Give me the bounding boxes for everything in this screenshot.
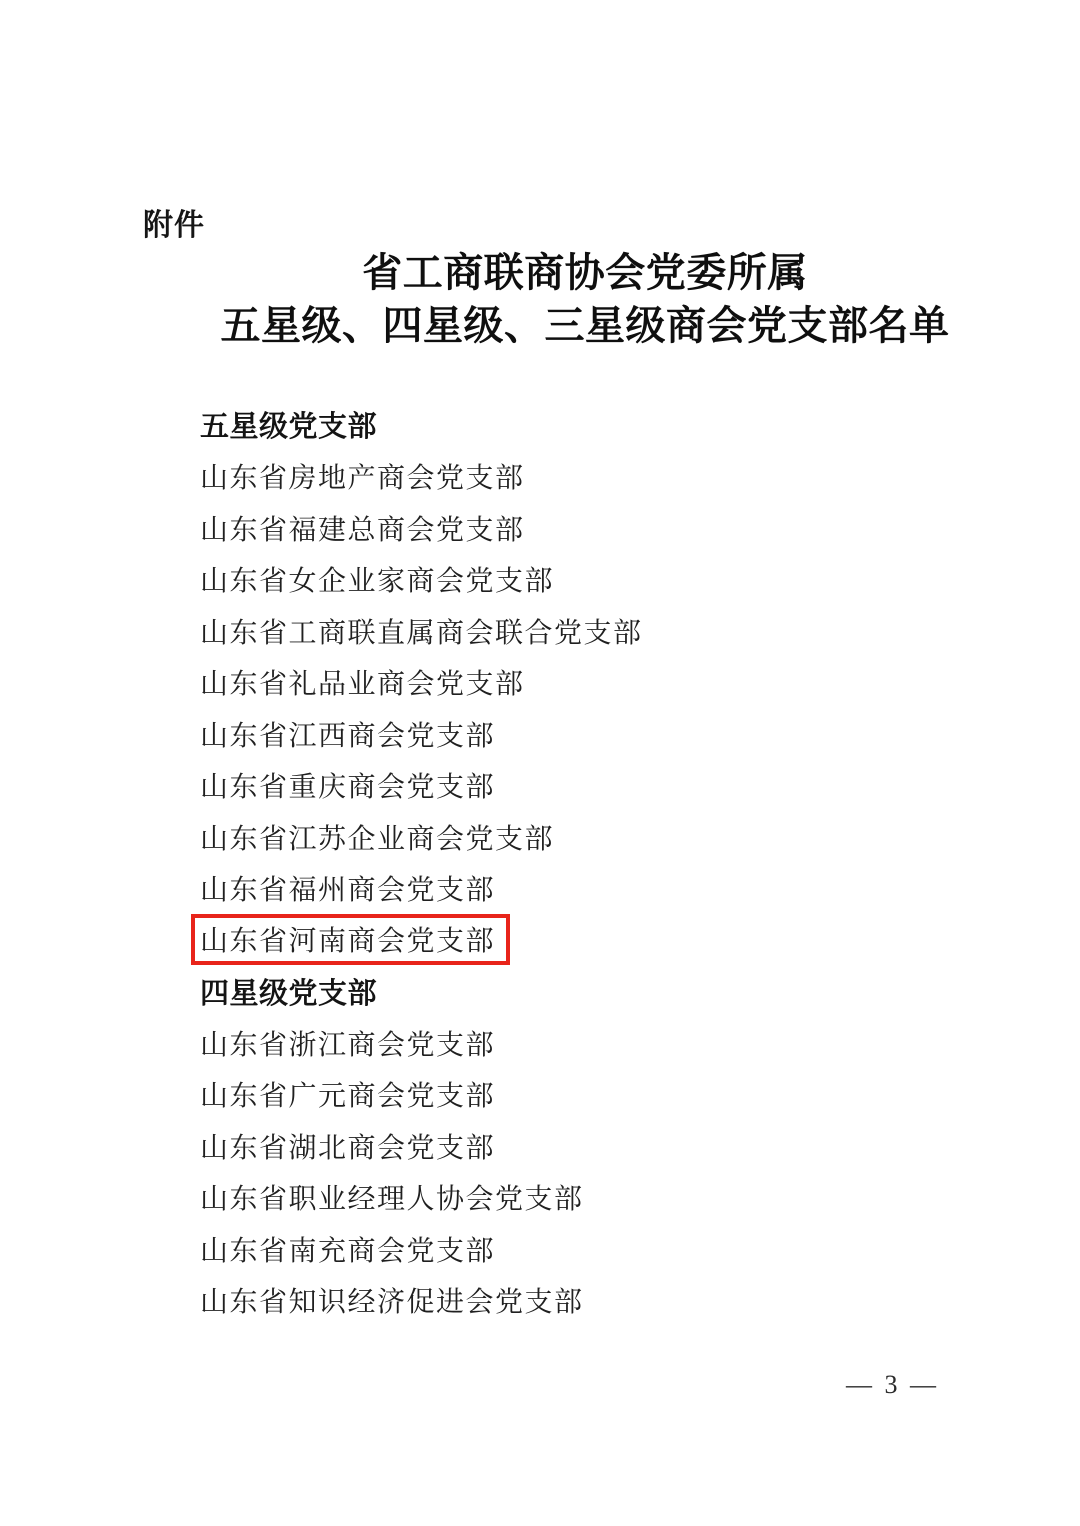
branch-list: 五星级党支部 山东省房地产商会党支部 山东省福建总商会党支部 山东省女企业家商会… (200, 399, 1040, 1326)
list-item-text: 山东省工商联直属商会联合党支部 (200, 611, 643, 651)
list-item: 山东省礼品业商会党支部 (200, 657, 1040, 709)
list-item-text: 山东省女企业家商会党支部 (200, 559, 554, 599)
page-number: — 3 — (846, 1370, 939, 1400)
section-heading-row: 五星级党支部 (200, 399, 1040, 451)
section-heading-four-star: 四星级党支部 (200, 971, 377, 1012)
list-item: 山东省知识经济促进会党支部 (200, 1275, 1040, 1327)
list-item-text: 山东省福建总商会党支部 (200, 508, 525, 548)
list-item-text: 山东省福州商会党支部 (200, 868, 495, 908)
list-item: 山东省浙江商会党支部 (200, 1017, 1040, 1069)
list-item-text: 山东省江苏企业商会党支部 (200, 817, 554, 857)
list-item: 山东省福州商会党支部 (200, 863, 1040, 915)
list-item: 山东省湖北商会党支部 (200, 1120, 1040, 1172)
list-item-text: 山东省职业经理人协会党支部 (200, 1177, 584, 1217)
list-item-text: 山东省房地产商会党支部 (200, 456, 525, 496)
highlighted-item: 山东省河南商会党支部 (191, 914, 510, 965)
title-line-1: 省工商联商协会党委所属 (90, 246, 1080, 299)
list-item-text: 山东省湖北商会党支部 (200, 1126, 495, 1166)
list-item: 山东省工商联直属商会联合党支部 (200, 605, 1040, 657)
document-title: 省工商联商协会党委所属 五星级、四星级、三星级商会党支部名单 (90, 246, 1080, 352)
list-item-text: 山东省浙江商会党支部 (200, 1023, 495, 1063)
list-item-text: 山东省南充商会党支部 (200, 1229, 495, 1269)
list-item: 山东省江西商会党支部 (200, 708, 1040, 760)
list-item-text: 山东省江西商会党支部 (200, 714, 495, 754)
list-item: 山东省江苏企业商会党支部 (200, 811, 1040, 863)
list-item-text: 山东省广元商会党支部 (200, 1074, 495, 1114)
list-item: 山东省河南商会党支部 (200, 914, 1040, 966)
list-item: 山东省职业经理人协会党支部 (200, 1172, 1040, 1224)
title-line-2: 五星级、四星级、三星级商会党支部名单 (90, 299, 1080, 352)
list-item-text: 山东省知识经济促进会党支部 (200, 1280, 584, 1320)
document-page: 附件 省工商联商协会党委所属 五星级、四星级、三星级商会党支部名单 五星级党支部… (0, 0, 1080, 1526)
list-item: 山东省重庆商会党支部 (200, 760, 1040, 812)
list-item: 山东省广元商会党支部 (200, 1069, 1040, 1121)
list-item: 山东省福建总商会党支部 (200, 502, 1040, 554)
list-item: 山东省南充商会党支部 (200, 1223, 1040, 1275)
section-heading-row: 四星级党支部 (200, 966, 1040, 1018)
list-item: 山东省女企业家商会党支部 (200, 554, 1040, 606)
list-item-text: 山东省礼品业商会党支部 (200, 662, 525, 702)
attachment-label: 附件 (143, 200, 205, 244)
section-heading-five-star: 五星级党支部 (200, 404, 377, 445)
list-item-text: 山东省重庆商会党支部 (200, 765, 495, 805)
list-item: 山东省房地产商会党支部 (200, 451, 1040, 503)
